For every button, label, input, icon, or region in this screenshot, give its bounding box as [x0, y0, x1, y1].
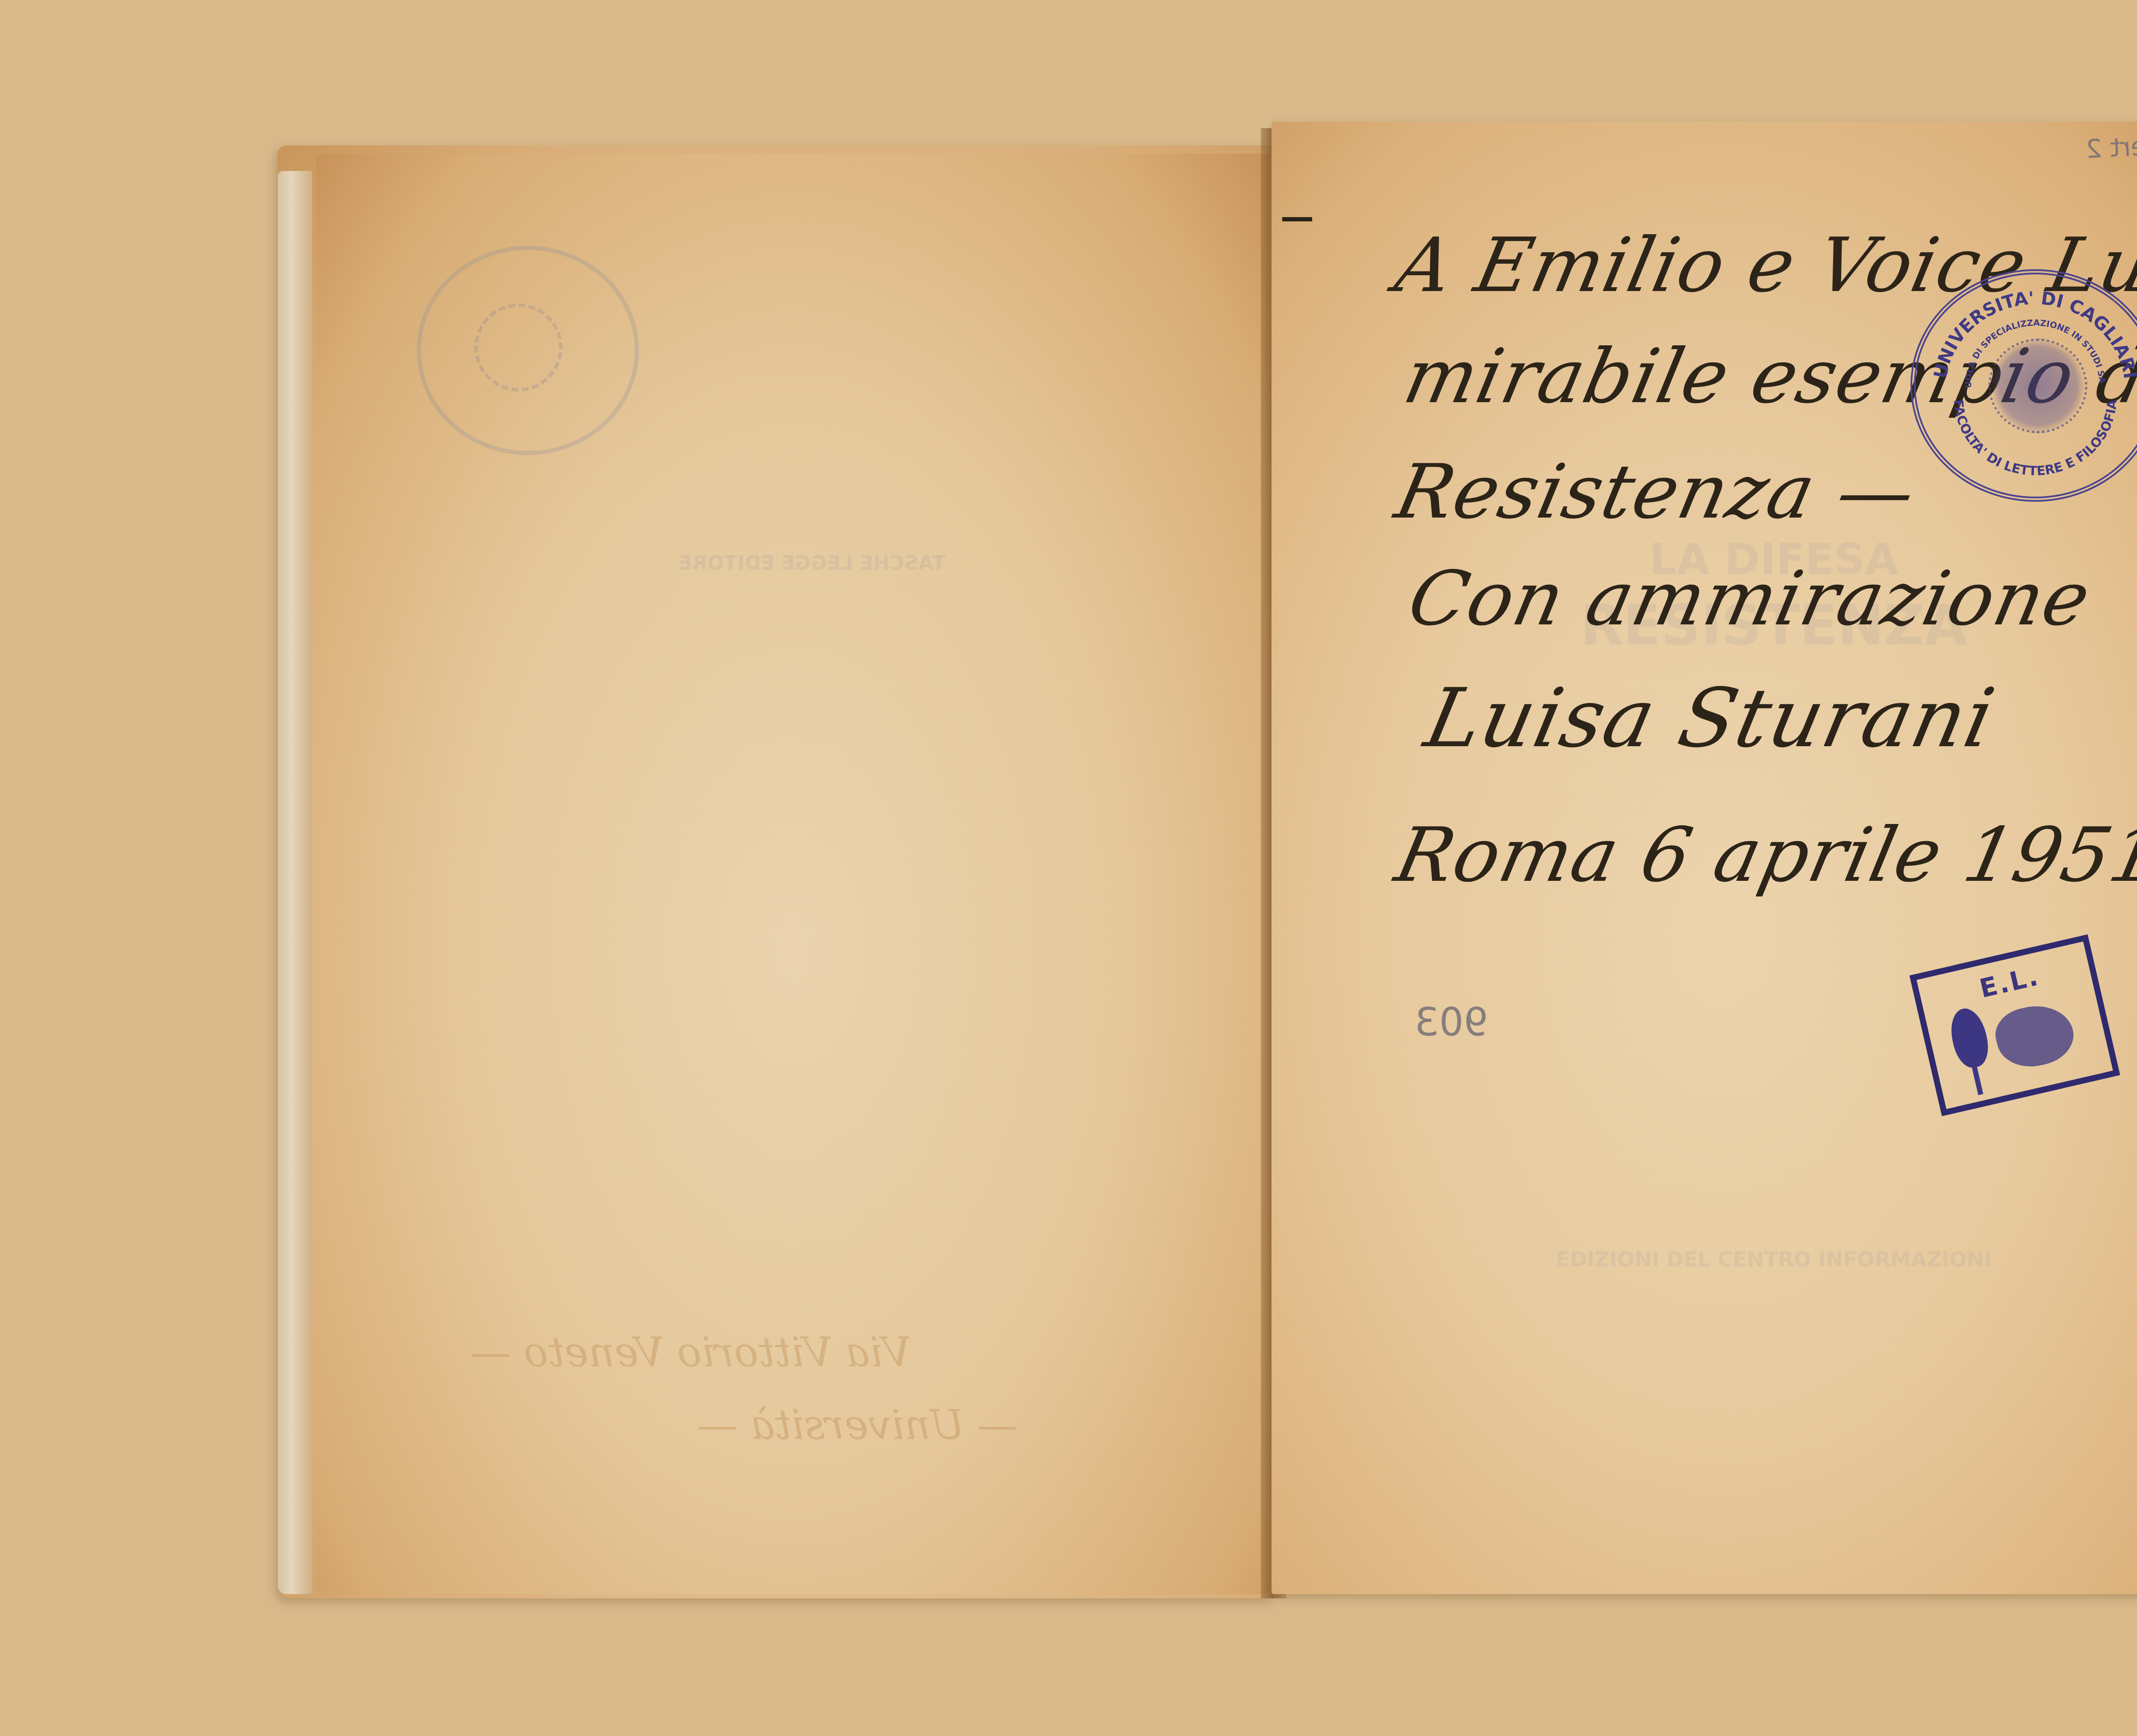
gutter-mark [1282, 217, 1312, 221]
university-stamp-icon: UNIVERSITA' DI CAGLIARI FACOLTA' DI LETT… [1910, 269, 2137, 502]
show-through-line-2: — Università — [470, 1402, 1018, 1449]
publisher-line: EDIZIONI DEL CENTRO INFORMAZIONI [1453, 1248, 2094, 1271]
stem-icon [1972, 1065, 1983, 1095]
open-book: TASCHE LEGGE EDITORE Via Vittorio Veneto… [0, 0, 2137, 1736]
pencil-note-top: Rert 2 [2085, 130, 2137, 164]
inscription-date: Roma 6 aprile 1951 [1388, 812, 2137, 899]
faded-stamp-seal-icon [474, 303, 562, 391]
inscription-line-4: Con ammirazione [1401, 556, 2098, 642]
show-through-print: TASCHE LEGGE EDITORE [577, 551, 1047, 574]
svg-text:FACOLTA' DI LETTERE E FILOSOFI: FACOLTA' DI LETTERE E FILOSOFIA [1951, 399, 2120, 479]
stamp-outer-text: UNIVERSITA' DI CAGLIARI [1930, 288, 2137, 380]
pencil-shelf-mark: 903 [1415, 1000, 1488, 1045]
show-through-line-1: Via Vittorio Veneto — [470, 1329, 911, 1376]
show-through-handwriting: Via Vittorio Veneto — — Università — [470, 1329, 911, 1449]
title-show-through: LA DIFESA RESISTENZA EDIZIONI DEL CENTRO… [1453, 534, 2094, 1271]
stamp-text-ring: UNIVERSITA' DI CAGLIARI FACOLTA' DI LETT… [1916, 274, 2137, 497]
oak-leaf-icon [1990, 998, 2079, 1074]
inscription-line-3: Resistenza — [1388, 449, 1923, 536]
stamp-bottom-text: FACOLTA' DI LETTERE E FILOSOFIA [1951, 399, 2120, 479]
svg-text:UNIVERSITA' DI CAGLIARI: UNIVERSITA' DI CAGLIARI [1930, 288, 2137, 380]
inscription-signature: Luisa Sturani [1418, 671, 2003, 765]
left-page-edge [278, 171, 312, 1594]
library-stamp-text: E.L. [1977, 961, 2042, 1004]
leaf-icon [1946, 1005, 1993, 1071]
